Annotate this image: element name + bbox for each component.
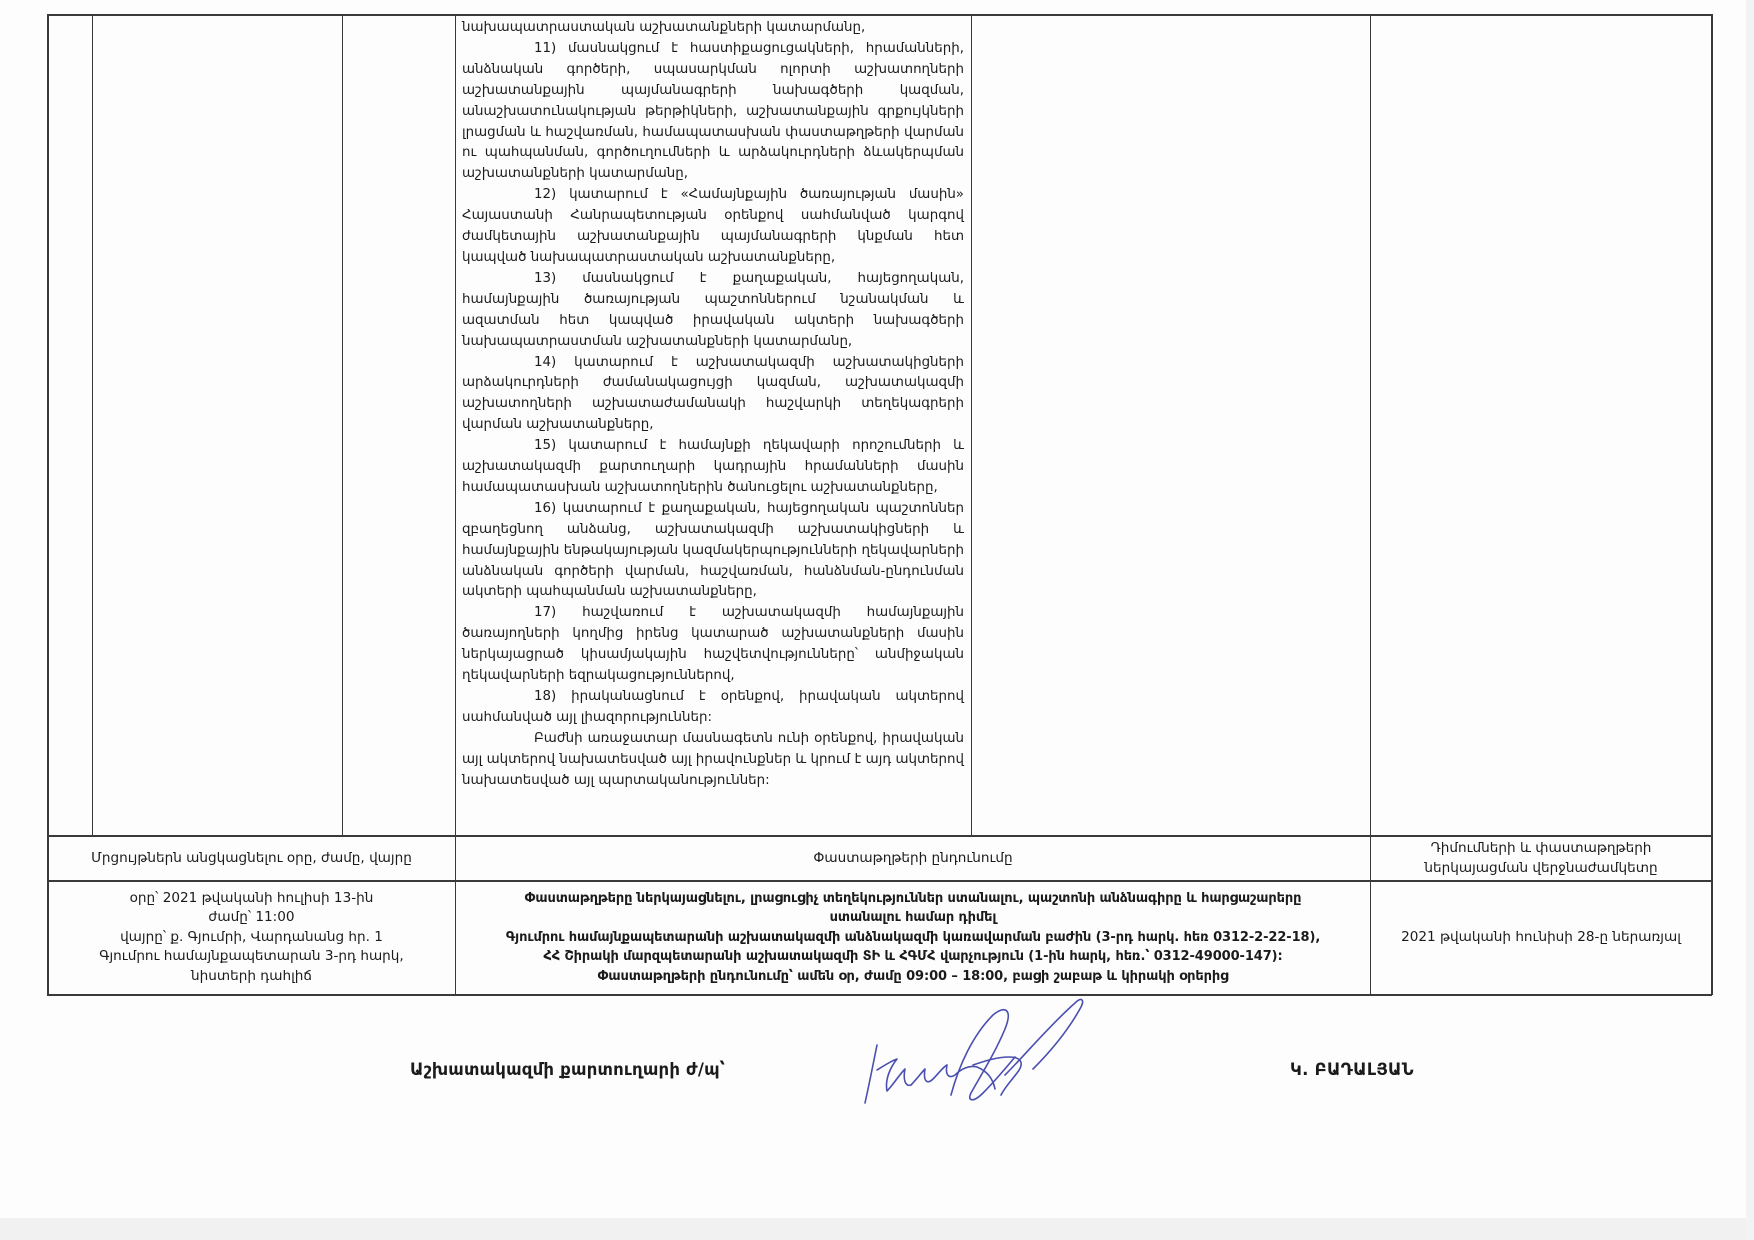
duties-paragraph: 17) հաշվառում է աշխատակազմի համայնքային … — [462, 603, 964, 687]
duties-paragraph: 15) կատարում է համայնքի ղեկավարի որոշում… — [462, 436, 964, 499]
signatory-name: Կ. ԲԱԴԱԼՅԱՆ — [1290, 1060, 1414, 1079]
column-divider-1 — [92, 14, 93, 836]
page-right-edge — [1746, 0, 1754, 1240]
duties-paragraph: Բաժնի առաջատար մասնագետն ունի օրենքով, ի… — [462, 729, 964, 792]
header-deadline-line1: Դիմումների և փաստաթղթերի — [1431, 838, 1652, 858]
documents-info-cell: Փաստաթղթերը ներկայացնելու, լրացուցիչ տեղ… — [456, 881, 1370, 994]
competition-place: վայրը՝ ք. Գյումրի, Վարդանանց հր. 1 — [120, 928, 383, 948]
header-competition: Մրցույթներն անցկացնելու օրը, ժամը, վայրը — [48, 836, 455, 880]
deadline-info-cell: 2021 թվականի հունիսի 28-ը ներառյալ — [1371, 881, 1711, 994]
duties-paragraph: 16) կատարում է քաղաքական, հայեցողական պա… — [462, 499, 964, 604]
duties-paragraph: 18) իրականացնում է օրենքով, իրավական ակտ… — [462, 687, 964, 729]
table-border-right — [1711, 14, 1713, 995]
header-deadline: Դիմումների և փաստաթղթերի ներկայացման վեր… — [1371, 836, 1711, 880]
competition-time: ժամը՝ 11:00 — [208, 908, 294, 928]
header-deadline-line2: ներկայացման վերջնաժամկետը — [1424, 858, 1657, 878]
competition-place-hall: նիստերի դահլիճ — [191, 967, 312, 987]
duties-paragraph: 11) մասնակցում է հաստիքացուցակների, հրամ… — [462, 39, 964, 185]
documents-contact-municipality: Գյումրու համայնքապետարանի աշխատակազմի ան… — [506, 928, 1320, 947]
duties-paragraph: 13) մասնակցում է քաղաքական, հայեցողական,… — [462, 269, 964, 353]
table-border-top — [47, 14, 1712, 16]
competition-info-cell: օրը՝ 2021 թվականի հուլիսի 13-ին ժամը՝ 11… — [48, 881, 455, 994]
handwritten-signature-icon — [855, 995, 1165, 1120]
column-divider-2 — [342, 14, 343, 836]
duties-paragraph: նախապատրաստական աշխատանքների կատարմանը, — [462, 18, 964, 39]
header-documents: Փաստաթղթերի ընդունումը — [456, 836, 1370, 880]
documents-reception-hours: Փաստաթղթերի ընդունումը՝ ամեն օր, ժամը 09… — [598, 967, 1229, 986]
header-documents-label: Փաստաթղթերի ընդունումը — [813, 848, 1012, 868]
duties-paragraph: 14) կատարում է աշխատակազմի աշխատակիցների… — [462, 353, 964, 437]
page-bottom-edge — [0, 1218, 1754, 1240]
competition-place-floor: Գյումրու համայնքապետարան 3-րդ հարկ, — [99, 947, 404, 967]
column-divider-4 — [971, 14, 972, 836]
header-competition-label: Մրցույթներն անցկացնելու օրը, ժամը, վայրը — [91, 848, 412, 868]
documents-contact-regional: ՀՀ Շիրակի մարզպետարանի աշխատակազմի ՏԻ և … — [543, 947, 1282, 966]
duties-paragraph: 12) կատարում է «Համայնքային ծառայության … — [462, 185, 964, 269]
signatory-title: Աշխատակազմի քարտուղարի ժ/պ՝ — [410, 1060, 725, 1079]
documents-instruction: Փաստաթղթերը ներկայացնելու, լրացուցիչ տեղ… — [525, 889, 1302, 908]
documents-instruction-cont: ստանալու համար դիմել — [830, 908, 997, 927]
competition-date: օրը՝ 2021 թվականի հուլիսի 13-ին — [130, 889, 374, 909]
deadline-date: 2021 թվականի հունիսի 28-ը ներառյալ — [1401, 928, 1681, 948]
duties-text: նախապատրաստական աշխատանքների կատարմանը, … — [462, 18, 964, 792]
